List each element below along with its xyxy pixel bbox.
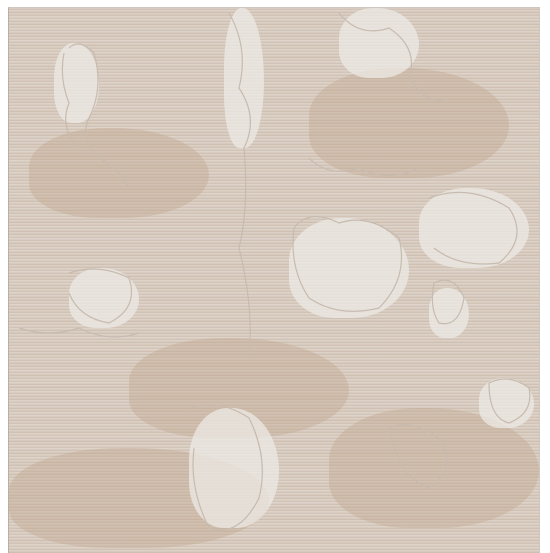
rug [8, 7, 540, 550]
carved-outlines [9, 8, 539, 550]
